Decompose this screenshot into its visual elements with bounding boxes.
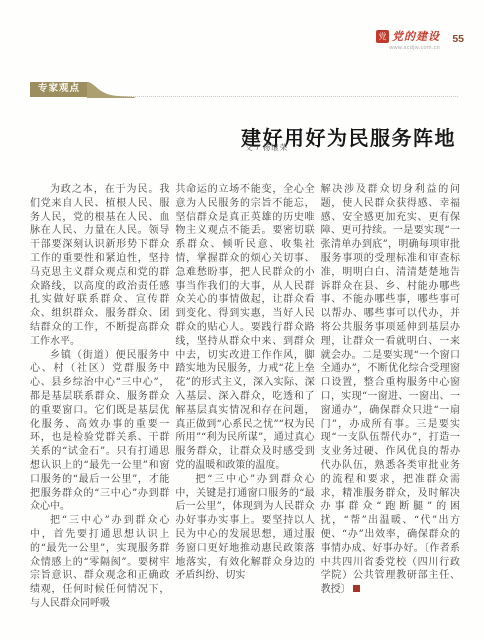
section-tag-label: 专家观点 [30,82,88,97]
paragraph: 乡镇（街道）便民服务中心、村（社区）党群服务中心、县乡综治中心“三中心”，都是基… [30,349,169,515]
article-end-mark [353,585,360,592]
magazine-url: www.scdjw.com.cn [376,45,440,51]
paragraph: 把“三中心”办到群众心中，关键是打通窗口服务的“最后一公里”，体现到为人民群众办… [175,473,314,583]
text-column-3: 解决涉及群众切身利益的问题，使人民群众获得感、幸福感、安全感更加充实、更有保障、… [321,183,460,625]
text-column-2: 共命运的立场不能变，全心全意为人民服务的宗旨不能忘，坚信群众是真正英雄的历史唯物… [175,183,314,625]
paragraph: 把“三中心”办到群众心中，首先要打通思想认识上的“最先一公里”，实现服务群众情感… [30,514,169,611]
magazine-seal-icon: 党 [376,30,389,43]
section-tag: 专家观点 [30,82,135,98]
paragraph: 为政之本，在于为民。我们党来自人民、植根人民、服务人民，党的根基在人民、血脉在人… [30,183,169,349]
magazine-brand: 党的建设 [392,28,440,44]
article-columns: 为政之本，在于为民。我们党来自人民、植根人民、服务人民，党的根基在人民、血脉在人… [30,183,460,625]
paragraph: 共命运的立场不能变，全心全意为人民服务的宗旨不能忘，坚信群众是真正英雄的历史唯物… [175,183,314,473]
masthead: 党 党的建设 www.scdjw.com.cn [376,28,440,51]
text-column-1: 为政之本，在于为民。我们党来自人民、植根人民、服务人民，党的根基在人民、血脉在人… [30,183,169,625]
article-byline: 文 / 杨继荣 [245,142,288,153]
paragraph: 解决涉及群众切身利益的问题，使人民群众获得感、幸福感、安全感更加充实、更有保障、… [321,183,460,597]
magazine-page: 党 党的建设 www.scdjw.com.cn 55 专家观点 建好用好为民服务… [0,0,484,640]
page-number: 55 [452,33,464,45]
section-tag-tail-shape [87,82,135,98]
article-title: 建好用好为民服务阵地 [30,122,456,151]
